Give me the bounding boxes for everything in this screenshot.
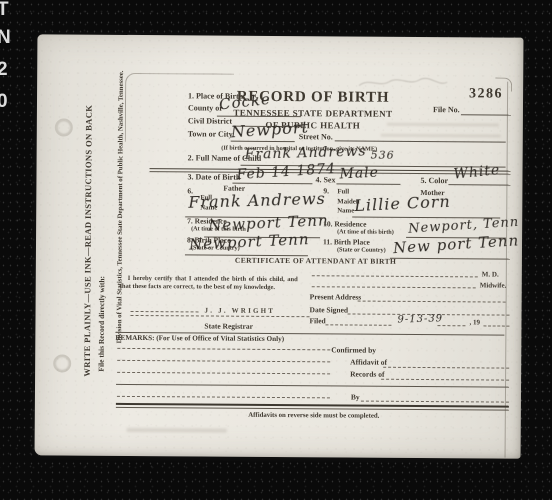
film-edge-mark: N	[0, 28, 11, 47]
present-address-label: Present Address	[310, 293, 362, 301]
filed-label: Filed	[309, 317, 325, 325]
dashed-line	[437, 325, 465, 326]
film-edge-mark: 0	[0, 92, 8, 111]
margin-write-plainly: WRITE PLAINLY—USE INK—READ INSTRUCTIONS …	[83, 105, 93, 377]
certify-statement: I hereby certify that I attended the bir…	[120, 275, 298, 292]
mother-number: 9.	[323, 187, 329, 195]
sex-label: 4. Sex	[315, 176, 335, 184]
affidavit-of-label: Affidavit of	[350, 358, 387, 366]
dob-label: 3. Date of Birth	[187, 173, 240, 181]
dashed-line	[117, 396, 330, 398]
rule-line	[448, 184, 510, 185]
dashed-line	[117, 348, 330, 350]
midwife-label: Midwife.	[480, 282, 507, 289]
rule-line	[335, 140, 506, 142]
mother-residence-note: (At time of this birth)	[337, 229, 394, 236]
margin-division: Division of Vital Statistics, Tennessee …	[116, 70, 126, 343]
margin-file-record: File this Record directly with:	[97, 276, 107, 372]
certificate-title: CERTIFICATE OF ATTENDANT AT BIRTH	[235, 257, 390, 266]
father-birthplace-value: Newport Tenn	[189, 232, 310, 252]
county-label: County or	[188, 104, 223, 112]
town-label: Town or City	[188, 130, 233, 138]
color-label: 5. Color	[420, 177, 448, 185]
film-edge-mark: T	[0, 0, 9, 19]
registrar-signature: J. J. WRIGHT	[205, 307, 276, 314]
dashed-line	[117, 372, 330, 374]
dashed-line	[381, 379, 509, 381]
confirmed-by-label: Confirmed by	[331, 346, 376, 354]
father-name-value: Frank Andrews	[188, 191, 326, 211]
hole-punch	[53, 354, 71, 372]
date-signed-label: Date Signed	[310, 306, 349, 314]
year-prefix-label: , 19	[469, 319, 480, 326]
dashed-line	[312, 286, 476, 288]
rule-line	[231, 141, 295, 142]
microfilm-scan: T N 2 0 WRITE PLAINLY—USE INK—READ INSTR…	[0, 0, 552, 500]
dashed-line	[325, 324, 391, 325]
md-label: M. D.	[482, 271, 499, 278]
dashed-line	[483, 325, 509, 326]
registrar-label: State Registrar	[204, 322, 253, 330]
film-edge-mark: 2	[0, 60, 8, 79]
child-number-value: 536	[371, 150, 395, 161]
birth-record-document: WRITE PLAINLY—USE INK—READ INSTRUCTIONS …	[35, 34, 524, 458]
mother-name-value: Lillie Corn	[354, 194, 451, 214]
affidavits-footer: Affidavits on reverse side must be compl…	[234, 413, 394, 421]
dashed-line	[131, 315, 310, 317]
file-number-label: File No.	[433, 106, 460, 114]
dashed-line	[131, 311, 199, 312]
by-label: By	[351, 394, 360, 402]
dashed-line	[361, 401, 509, 403]
father-residence-value: Newport Tenn	[208, 213, 329, 233]
dashed-line	[358, 301, 506, 303]
mother-birthplace-note: (State or Country)	[337, 247, 386, 254]
civil-district-label: Civil District	[188, 117, 232, 125]
records-of-label: Records of	[350, 370, 384, 378]
street-label: Street No.	[299, 133, 333, 141]
rule-line	[390, 258, 510, 260]
color-value: White	[453, 163, 501, 181]
rule-line	[116, 384, 509, 388]
smudge	[127, 428, 227, 433]
rule-line	[461, 114, 511, 115]
bleed-through-text	[381, 134, 501, 138]
town-value: Newport	[230, 119, 309, 140]
mother-residence-label: 10. Residence	[323, 220, 366, 228]
rule-line	[116, 407, 509, 411]
rule-line	[336, 183, 400, 184]
child-name-value: Frank Andrews	[244, 144, 366, 161]
dashed-line	[312, 275, 478, 277]
filed-date-value: 9-13-39	[397, 314, 443, 325]
hole-punch	[55, 118, 73, 136]
dashed-line	[117, 360, 330, 362]
sex-value: Male	[339, 166, 379, 182]
file-number-value: 3286	[469, 87, 503, 101]
dashed-line	[383, 367, 509, 369]
remarks-label: REMARKS: (For Use of Office of Vital Sta…	[115, 335, 284, 343]
mother-birthplace-label: 11. Birth Place	[323, 238, 370, 246]
